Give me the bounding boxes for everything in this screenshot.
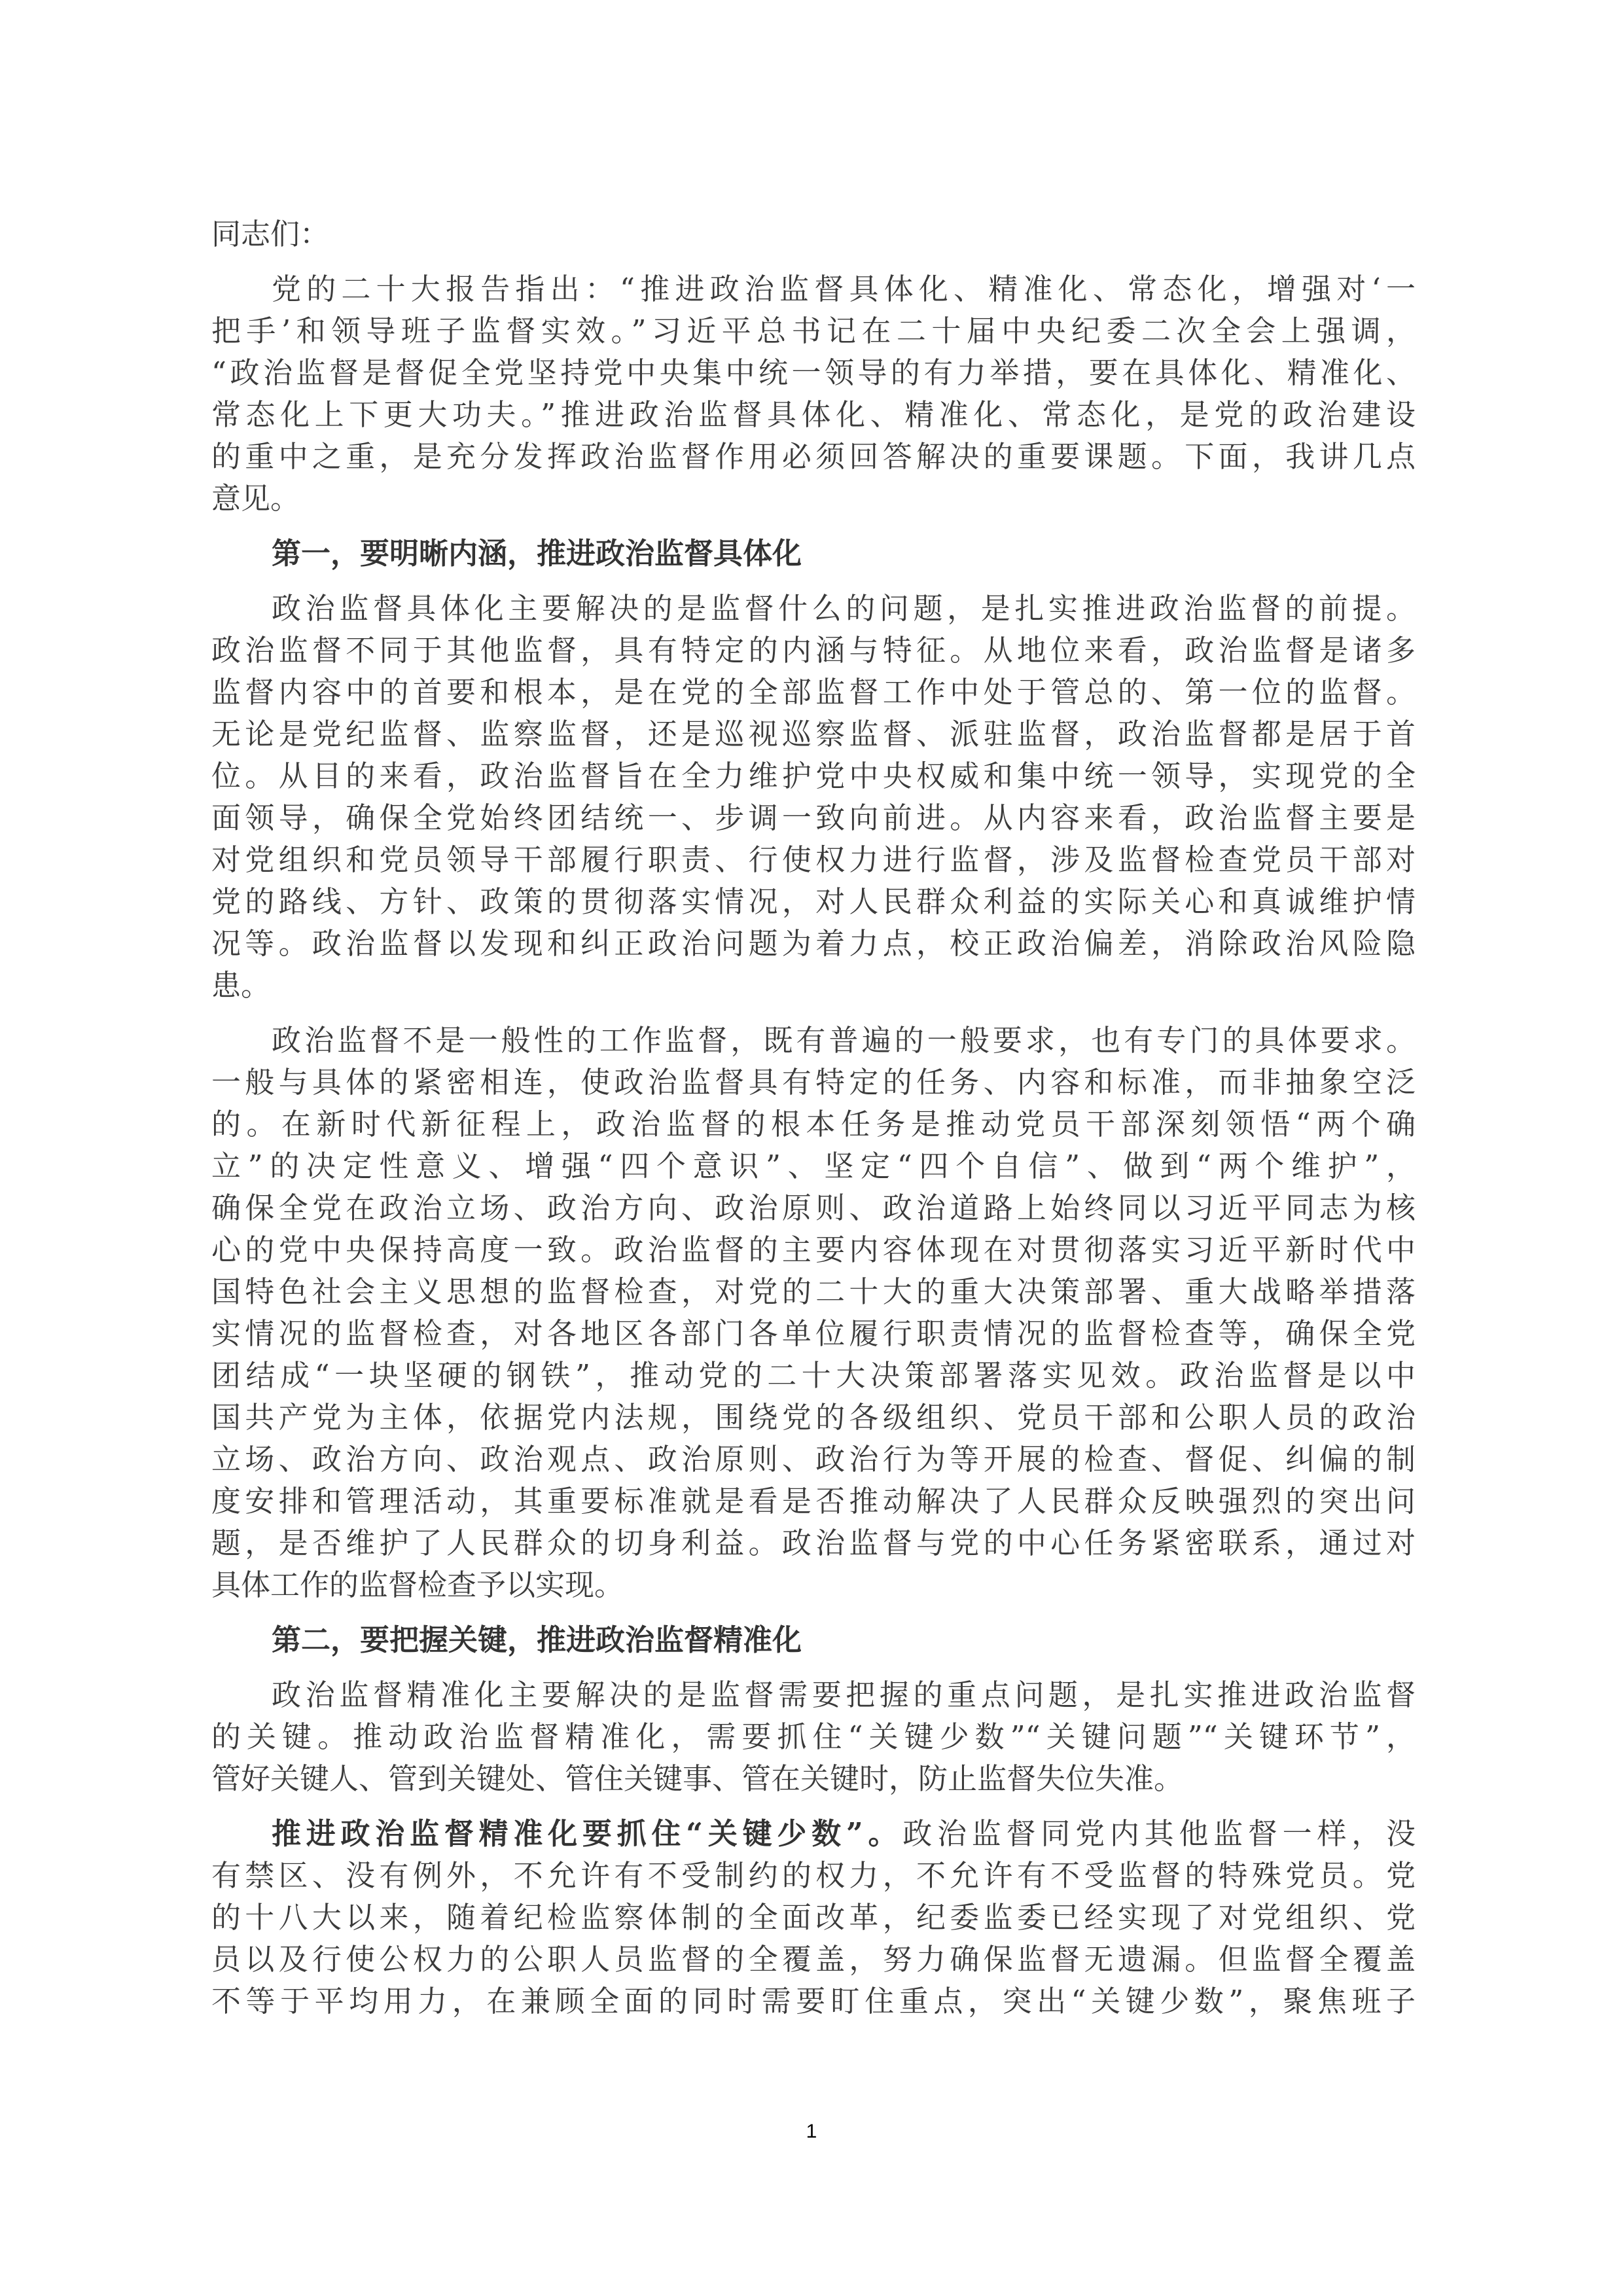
paragraph-concretization-requirements: 政治监督不是一般性的工作监督，既有普遍的一般要求，也有专门的具体要求。 一般与具… (211, 1020, 1416, 1606)
text-line: 国共产党为主体，依据党内法规，围绕党的各级组织、党员干部和公职人员的政治 (211, 1397, 1416, 1439)
text-line: 的关键。推动政治监督精准化，需要抓住“关键少数”“关键问题”“关键环节”， (211, 1716, 1416, 1758)
text-line: 心的党中央保持高度一致。政治监督的主要内容体现在对贯彻落实习近平新时代中 (211, 1229, 1416, 1271)
heading-text: 第一，要明晰内涵，推进政治监督具体化 (211, 533, 1416, 575)
text-line: 对党组织和党员领导干部履行职责、行使权力进行监督，涉及监督检查党员干部对 (211, 839, 1416, 881)
text-line: 的十八大以来，随着纪检监察体制的全面改革，纪委监委已经实现了对党组织、党 (211, 1897, 1416, 1939)
text-run: 政治监督同党内其他监督一样，没 (902, 1816, 1416, 1851)
text-line: 有禁区、没有例外，不允许有不受制约的权力，不允许有不受监督的特殊党员。党 (211, 1855, 1416, 1897)
text-line: 党的二十大报告指出：“推进政治监督具体化、精准化、常态化，增强对‘一 (211, 268, 1416, 310)
text-line: 具体工作的监督检查予以实现。 (211, 1564, 1416, 1606)
text-line: 管好关键人、管到关键处、管住关键事、管在关键时，防止监督失位失准。 (211, 1758, 1416, 1800)
page-number: 1 (802, 2121, 821, 2143)
text-line: 把手’和领导班子监督实效。”习近平总书记在二十届中央纪委二次全会上强调， (211, 310, 1416, 352)
text-line: 度安排和管理活动，其重要标准就是看是否推动解决了人民群众反映强烈的突出问 (211, 1480, 1416, 1522)
text-line: 团结成“一块坚硬的钢铁”，推动党的二十大决策部署落实见效。政治监督是以中 (211, 1355, 1416, 1397)
document-body: 同志们： 党的二十大报告指出：“推进政治监督具体化、精准化、常态化，增强对‘一 … (211, 213, 1416, 2022)
text-line: 国特色社会主义思想的监督检查，对党的二十大的重大决策部署、重大战略举措落 (211, 1271, 1416, 1313)
text-line: 政治监督精准化主要解决的是监督需要把握的重点问题，是扎实推进政治监督 (211, 1674, 1416, 1716)
text-line: 况等。政治监督以发现和纠正政治问题为着力点，校正政治偏差，消除政治风险隐 (211, 923, 1416, 965)
paragraph-concretization-definition: 政治监督具体化主要解决的是监督什么的问题，是扎实推进政治监督的前提。 政治监督不… (211, 588, 1416, 1007)
text-line-with-lead: 推进政治监督精准化要抓住“关键少数”。政治监督同党内其他监督一样，没 (211, 1813, 1416, 1855)
section-heading-2: 第二，要把握关键，推进政治监督精准化 (211, 1619, 1416, 1661)
text-line: 党的路线、方针、政策的贯彻落实情况，对人民群众利益的实际关心和真诚维护情 (211, 881, 1416, 923)
text-line: 立场、政治方向、政治观点、政治原则、政治行为等开展的检查、督促、纠偏的制 (211, 1439, 1416, 1480)
text-line: 确保全党在政治立场、政治方向、政治原则、政治道路上始终同以习近平同志为核 (211, 1187, 1416, 1229)
text-line: 政治监督不同于其他监督，具有特定的内涵与特征。从地位来看，政治监督是诸多 (211, 630, 1416, 672)
salutation: 同志们： (211, 213, 1416, 255)
text-line: 意见。 (211, 478, 1416, 520)
text-line: 政治监督具体化主要解决的是监督什么的问题，是扎实推进政治监督的前提。 (211, 588, 1416, 630)
text-line: 立”的决定性意义、增强“四个意识”、坚定“四个自信”、做到“两个维护”， (211, 1145, 1416, 1187)
text-line: 患。 (211, 965, 1416, 1007)
text-line: 位。从目的来看，政治监督旨在全力维护党中央权威和集中统一领导，实现党的全 (211, 755, 1416, 797)
paragraph-intro: 党的二十大报告指出：“推进政治监督具体化、精准化、常态化，增强对‘一 把手’和领… (211, 268, 1416, 520)
heading-text: 第二，要把握关键，推进政治监督精准化 (211, 1619, 1416, 1661)
text-line: 政治监督不是一般性的工作监督，既有普遍的一般要求，也有专门的具体要求。 (211, 1020, 1416, 1062)
salutation-text: 同志们： (211, 213, 1416, 255)
text-line: 监督内容中的首要和根本，是在党的全部监督工作中处于管总的、第一位的监督。 (211, 672, 1416, 713)
text-line: “政治监督是督促全党坚持党中央集中统一领导的有力举措，要在具体化、精准化、 (211, 352, 1416, 394)
bold-lead-sentence: 推进政治监督精准化要抓住“关键少数”。 (272, 1816, 902, 1851)
document-page: 同志们： 党的二十大报告指出：“推进政治监督具体化、精准化、常态化，增强对‘一 … (0, 0, 1623, 2296)
text-line: 无论是党纪监督、监察监督，还是巡视巡察监督、派驻监督，政治监督都是居于首 (211, 713, 1416, 755)
text-line: 题，是否维护了人民群众的切身利益。政治监督与党的中心任务紧密联系，通过对 (211, 1522, 1416, 1564)
text-line: 常态化上下更大功夫。”推进政治监督具体化、精准化、常态化，是党的政治建设 (211, 394, 1416, 436)
section-heading-1: 第一，要明晰内涵，推进政治监督具体化 (211, 533, 1416, 575)
text-line: 员以及行使公权力的公职人员监督的全覆盖，努力确保监督无遗漏。但监督全覆盖 (211, 1939, 1416, 1981)
text-line: 的。在新时代新征程上，政治监督的根本任务是推动党员干部深刻领悟“两个确 (211, 1103, 1416, 1145)
text-line: 的重中之重，是充分发挥政治监督作用必须回答解决的重要课题。下面，我讲几点 (211, 436, 1416, 478)
text-line: 一般与具体的紧密相连，使政治监督具有特定的任务、内容和标准，而非抽象空泛 (211, 1062, 1416, 1103)
text-line: 面领导，确保全党始终团结统一、步调一致向前进。从内容来看，政治监督主要是 (211, 797, 1416, 839)
paragraph-precision-intro: 政治监督精准化主要解决的是监督需要把握的重点问题，是扎实推进政治监督 的关键。推… (211, 1674, 1416, 1800)
paragraph-key-minority: 推进政治监督精准化要抓住“关键少数”。政治监督同党内其他监督一样，没 有禁区、没… (211, 1813, 1416, 2022)
text-line: 实情况的监督检查，对各地区各部门各单位履行职责情况的监督检查等，确保全党 (211, 1313, 1416, 1355)
text-line: 不等于平均用力，在兼顾全面的同时需要盯住重点，突出“关键少数”，聚焦班子 (211, 1981, 1416, 2022)
